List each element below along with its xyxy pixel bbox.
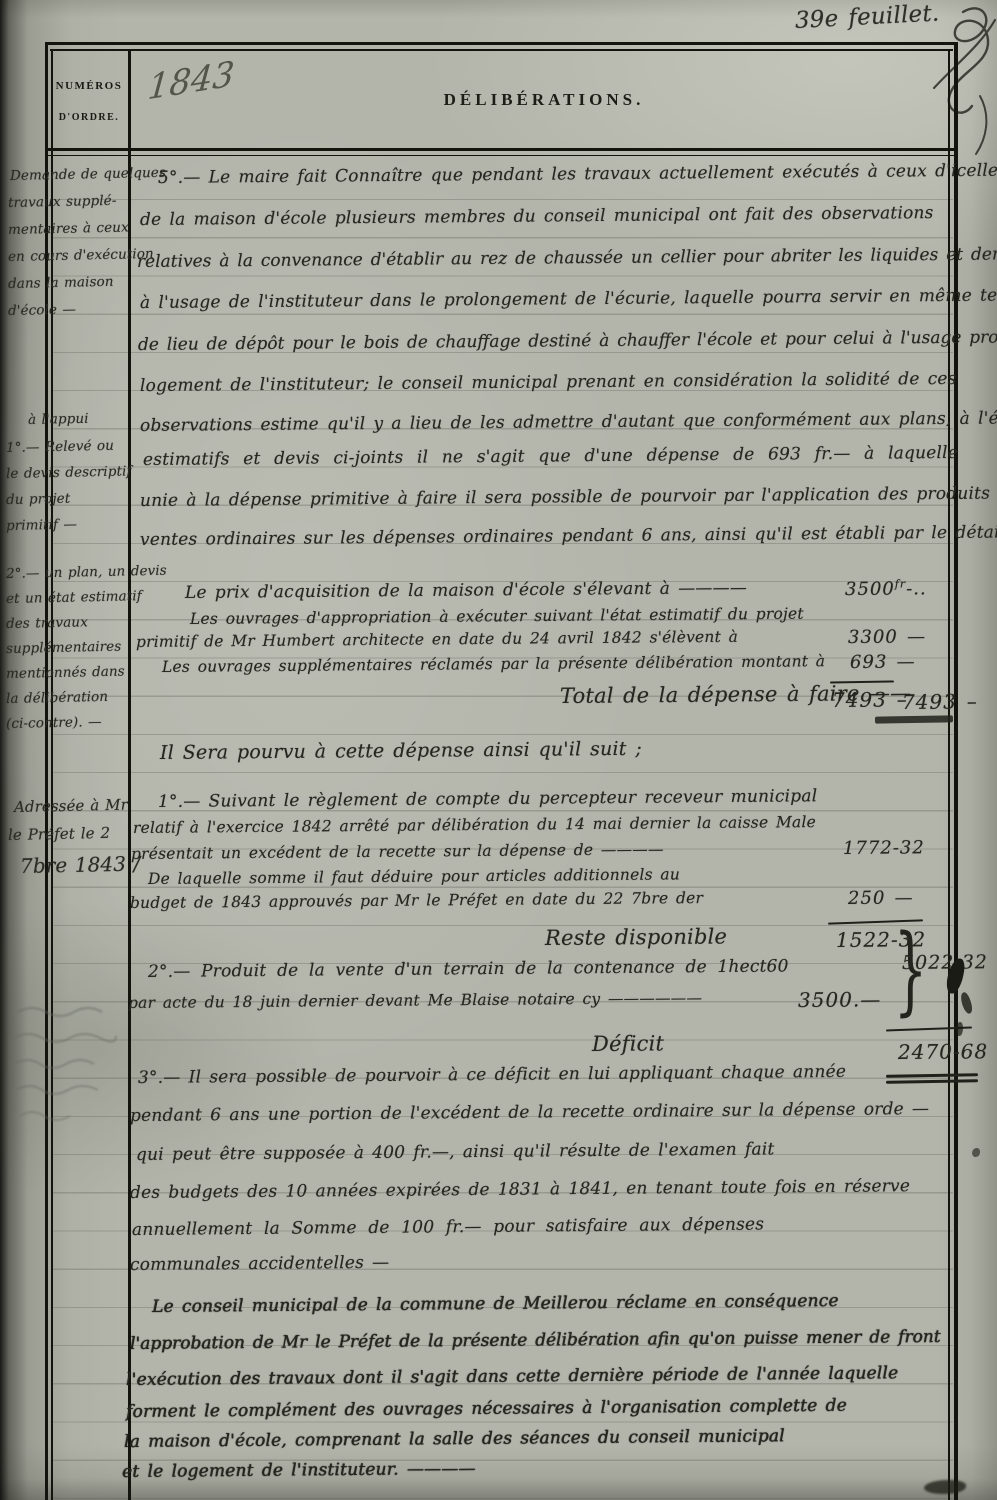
total-amount-carried: 7493 – [902,689,978,714]
frame-top-inner [50,49,953,51]
manuscript-line: l'exécution des travaux dont il s'agit d… [126,1363,898,1390]
amount-dash: -.. [906,578,927,599]
frame-left-inner [51,49,53,1500]
manuscript-line: communales accidentelles — [130,1253,389,1275]
margin-note-4: le Préfet le 2 [8,824,111,844]
margin-note-2: du projet [6,491,71,508]
register-page: 39e feuillet. NUMÉROS D'ORDRE. DÉLIBÉRAT… [0,0,997,1500]
margin-note-1: mentaires à ceux [8,219,129,238]
header-rule-outer [48,148,954,151]
manuscript-line: Il Sera pourvu à cette dépense ainsi qu'… [160,738,642,764]
manuscript-line: annuellement la Somme de 100 fr.— pour s… [132,1214,764,1240]
reste-label: Reste disponible [545,924,727,950]
margin-note-3: mentionnés dans [6,664,125,682]
sum-amount: 5022-32 [902,951,988,974]
ink-blot [959,991,975,1015]
manuscript-line: budget de 1843 approuvés par Mr le Préfe… [130,889,703,912]
margin-note-1: en cours d'exécution [8,246,154,265]
margin-note-2: le devis descriptif [6,463,132,482]
margin-note-3: et un état estimatif [6,588,142,607]
manuscript-line: Le conseil municipal de la commune de Me… [152,1291,839,1317]
account-row-text: Les ouvrages supplémentaires réclamés pa… [162,652,825,676]
manuscript-line: et le logement de l'instituteur. ———— [122,1459,476,1482]
margin-note-3: des travaux [6,614,88,632]
manuscript-line: estimatifs et devis ci-joints il ne s'ag… [143,443,958,470]
account-row-amount: 693 — [850,651,916,673]
margin-note-3: 2°.— un plan, un devis [6,563,167,582]
manuscript-line: 1°.— Suivant le règlement de compte du p… [158,786,817,812]
margin-note-3: supplémentaires [6,639,122,657]
header-rule-inner [48,155,954,156]
pencil-ghost-note [10,1000,122,1130]
manuscript-line: la maison d'école, comprenant la salle d… [124,1426,785,1452]
manuscript-line: 2°.— Produit de la vente d'un terrain de… [148,956,789,982]
manuscript-line: unie à la dépense primitive à faire il s… [140,484,990,511]
margin-note-4: Adressée à Mr [14,796,128,816]
manuscript-line: forment le complément des ouvrages néces… [126,1396,847,1422]
manuscript-line: logement de l'instituteur; le conseil mu… [140,369,957,396]
manuscript-line: l'approbation de Mr le Préfet de la prés… [130,1327,941,1354]
folio-note: 39e feuillet. [794,0,940,34]
manuscript-line: 3°.— Il sera possible de pourvoir à ce d… [138,1062,846,1088]
account-row-text: primitif de Mr Humbert architecte en dat… [136,628,738,651]
page-title: DÉLIBÉRATIONS. [135,90,953,110]
manuscript-line: 5°.— Le maire fait Connaître que pendant… [158,161,997,188]
resource-amount: 1772-32 [843,837,925,859]
amount-value: 3500 [845,579,895,600]
account-row-amount: 3500fr-.. [845,577,927,600]
manuscript-line: présentait un excédent de la recette sur… [131,840,664,863]
margin-note-3: (ci-contre). — [6,714,102,732]
deficit-amount: 2470-68 [898,1039,988,1064]
total-amount: 7493 – [832,687,908,712]
order-column-header-line1: NUMÉROS [48,80,130,92]
manuscript-line: à l'usage de l'instituteur dans le prolo… [140,285,997,313]
order-column-header-line2: D'ORDRE. [48,112,130,123]
ink-bar [875,715,953,723]
ink-blot [956,1022,963,1036]
manuscript-line: de lieu de dépôt pour le bois de chauffa… [138,327,997,355]
deficit-rule-bottom2 [886,1079,978,1083]
margin-note-3: la délibération [6,689,108,707]
ink-speck [972,1148,980,1157]
column-divider [128,49,131,1500]
deficit-rule-bottom1 [886,1073,978,1077]
amount-unit: fr [895,577,906,590]
account-row-text: Le prix d'acquisition de la maison d'éco… [185,578,747,603]
frame-top-outer [45,42,957,45]
manuscript-line: observations estime qu'il y a lieu de le… [140,408,997,436]
manuscript-line: relatives à la convenance d'établir au r… [137,244,997,272]
margin-note-4: 7bre 1843 / [20,851,141,878]
manuscript-line: pendant 6 ans une portion de l'excédent … [130,1099,929,1126]
paraph-flourish-icon [928,2,997,157]
manuscript-line: relatif à l'exercice 1842 arrêté par dél… [133,813,816,837]
manuscript-line: ventes ordinaires sur les dépenses ordin… [140,522,997,550]
margin-note-2: 1°.— Relevé ou [6,438,114,456]
manuscript-line: de la maison d'école plusieurs membres d… [140,203,934,230]
deficit-label: Déficit [592,1031,664,1056]
manuscript-line: qui peut être supposée à 400 fr.—, ainsi… [136,1139,775,1165]
manuscript-line: des budgets des 10 années expirées de 18… [130,1176,910,1203]
account-row-text: Les ouvrages d'appropriation à exécuter … [190,605,804,628]
margin-note-1: travaux supplé- [8,193,117,211]
margin-note-2: primitif — [6,517,77,534]
sale-amount: 3500.— [798,987,881,1012]
ink-smudge [924,1480,966,1494]
margin-note-1: dans la maison [8,274,114,292]
manuscript-line: De laquelle somme il faut déduire pour a… [148,865,680,888]
resource-amount: 250 — [848,887,914,909]
frame-right-inner [948,49,950,1500]
margin-note-2: à l'appui [28,411,89,428]
manuscript-line: par acte du 18 juin dernier devant Me Bl… [128,989,702,1012]
margin-note-1: d'école — [8,302,76,319]
margin-note-1: Demande de quelques [10,165,166,184]
account-row-amount: 3300 — [848,626,926,648]
